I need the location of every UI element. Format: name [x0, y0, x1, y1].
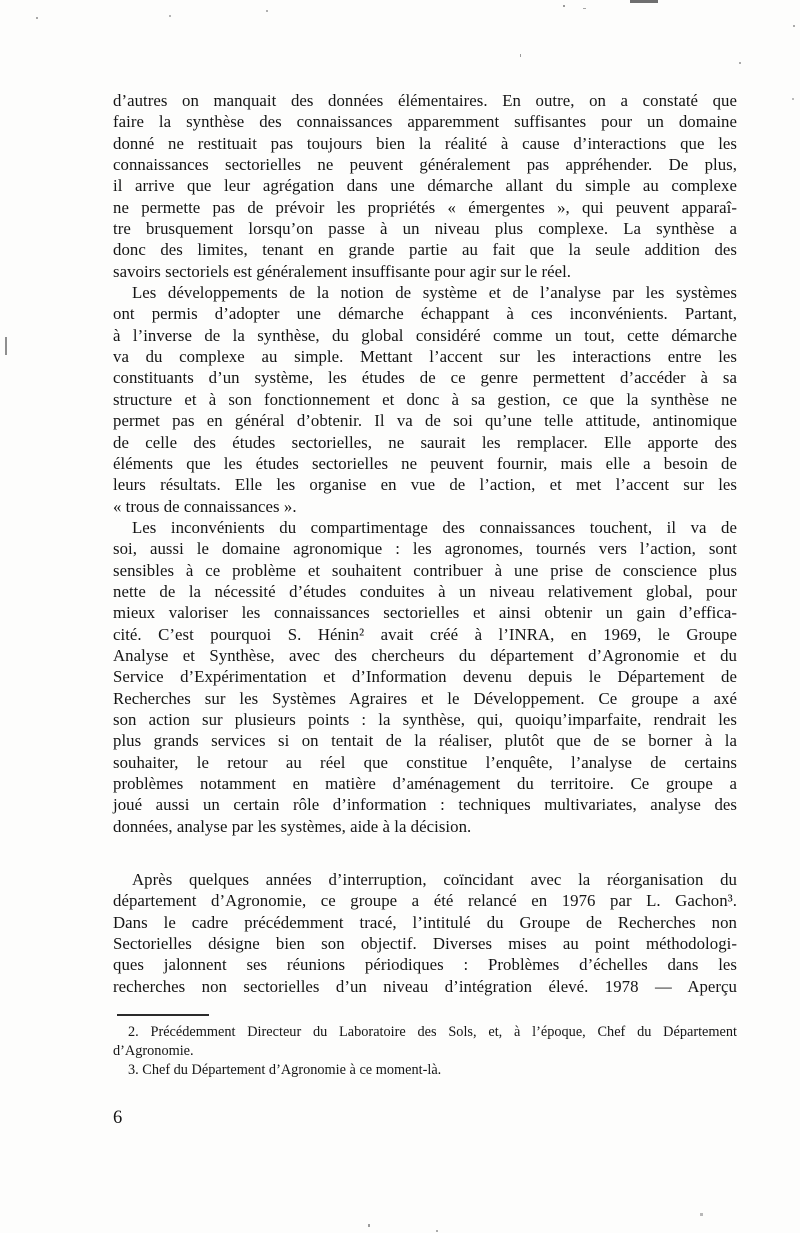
text-line: souhaiter, le retour au réel que constit… — [113, 752, 737, 773]
text-line: Recherches sur les Systèmes Agraires et … — [113, 688, 737, 709]
text-line: nette de la nécessité d’études conduites… — [113, 581, 737, 602]
paragraph: Les inconvénients du compartimentage des… — [113, 517, 737, 837]
text-line: va du complexe au simple. Mettant l’acce… — [113, 346, 737, 367]
text-line: sensibles à ce problème et souhaitent co… — [113, 560, 737, 581]
text-line: il arrive que leur agrégation dans une d… — [113, 175, 737, 196]
footnote-list: 2. Précédemment Directeur du Laboratoire… — [113, 1023, 737, 1079]
text-line: permet pas en général d’obtenir. Il va d… — [113, 410, 737, 431]
text-line: tre brusquement lorsqu’on passe à un niv… — [113, 218, 737, 239]
scan-artifact-speck — [739, 62, 741, 64]
text-line: ques jalonnent ses réunions périodiques … — [113, 954, 737, 975]
text-line: mieux valoriser les connaissances sector… — [113, 602, 737, 623]
text-line: structure et à son fonctionnement et don… — [113, 389, 737, 410]
text-line: connaissances sectorielles ne peuvent gé… — [113, 154, 737, 175]
scan-artifact-speck — [563, 5, 565, 7]
text-line: 3. Chef du Département d’Agronomie à ce … — [113, 1061, 737, 1080]
text-line: joué aussi un certain rôle d’information… — [113, 794, 737, 815]
footnote-rule — [117, 1014, 209, 1016]
scan-artifact-speck — [36, 17, 38, 19]
body-text: d’autres on manquait des données élément… — [113, 90, 737, 997]
text-line: soi, aussi le domaine agronomique : les … — [113, 538, 737, 559]
scan-artifact-speck — [700, 1213, 703, 1216]
text-line: à l’inverse de la synthèse, du global co… — [113, 325, 737, 346]
text-line: Dans le cadre précédemment tracé, l’inti… — [113, 912, 737, 933]
scan-artifact-speck — [368, 1224, 370, 1227]
scan-artifact-speck — [583, 8, 586, 9]
text-line: problèmes notamment en matière d’aménage… — [113, 773, 737, 794]
text-line: plus grands services si on tentait de la… — [113, 730, 737, 751]
text-line: cité. C’est pourquoi S. Hénin² avait cré… — [113, 624, 737, 645]
text-line: ont permis d’adopter une démarche échapp… — [113, 303, 737, 324]
text-line: département d’Agronomie, ce groupe a été… — [113, 890, 737, 911]
text-line: ne permette pas de prévoir les propriété… — [113, 197, 737, 218]
text-line: Analyse et Synthèse, avec des chercheurs… — [113, 645, 737, 666]
scan-artifact-speck — [436, 1230, 438, 1232]
text-line: constituants d’un système, les études de… — [113, 367, 737, 388]
text-line: Les inconvénients du compartimentage des… — [113, 517, 737, 538]
scan-artifact-speck — [169, 15, 171, 17]
paragraph: d’autres on manquait des données élément… — [113, 90, 737, 282]
scan-artifact-speck — [792, 98, 794, 100]
text-line: d’Agronomie. — [113, 1042, 737, 1061]
text-line: éléments que les études sectorielles ne … — [113, 453, 737, 474]
scan-artifact-speck — [793, 25, 795, 27]
text-line: son action sur plusieurs points : la syn… — [113, 709, 737, 730]
paragraph: Après quelques années d’interruption, co… — [113, 869, 737, 997]
text-line: d’autres on manquait des données élément… — [113, 90, 737, 111]
text-line: Après quelques années d’interruption, co… — [113, 869, 737, 890]
text-line: de celle des études sectorielles, ne sau… — [113, 432, 737, 453]
text-line: 2. Précédemment Directeur du Laboratoire… — [113, 1023, 737, 1042]
scan-artifact-speck — [520, 54, 521, 57]
paragraph: Les développements de la notion de systè… — [113, 282, 737, 517]
footnote: 2. Précédemment Directeur du Laboratoire… — [113, 1023, 737, 1061]
page: d’autres on manquait des données élément… — [0, 0, 800, 1233]
text-line: données, analyse par les systèmes, aide … — [113, 816, 737, 837]
text-line: leurs résultats. Elle les organise en vu… — [113, 474, 737, 495]
text-line: Les développements de la notion de systè… — [113, 282, 737, 303]
text-line: faire la synthèse des connaissances appa… — [113, 111, 737, 132]
text-line: Service d’Expérimentation et d’Informati… — [113, 666, 737, 687]
page-number: 6 — [113, 1108, 122, 1129]
text-line: donné ne restituait pas toujours bien la… — [113, 133, 737, 154]
scan-artifact-left-tick — [5, 337, 7, 355]
text-line: recherches non sectorielles d’un niveau … — [113, 976, 737, 997]
text-line: savoirs sectoriels est généralement insu… — [113, 261, 737, 282]
scan-artifact-speck — [266, 10, 268, 12]
text-line: donc des limites, tenant en grande parti… — [113, 239, 737, 260]
text-line: Sectorielles désigne bien son objectif. … — [113, 933, 737, 954]
text-line: « trous de connaissances ». — [113, 496, 737, 517]
footnote: 3. Chef du Département d’Agronomie à ce … — [113, 1061, 737, 1080]
scan-artifact-top-bar — [630, 0, 658, 3]
footnotes: 2. Précédemment Directeur du Laboratoire… — [113, 1014, 737, 1079]
